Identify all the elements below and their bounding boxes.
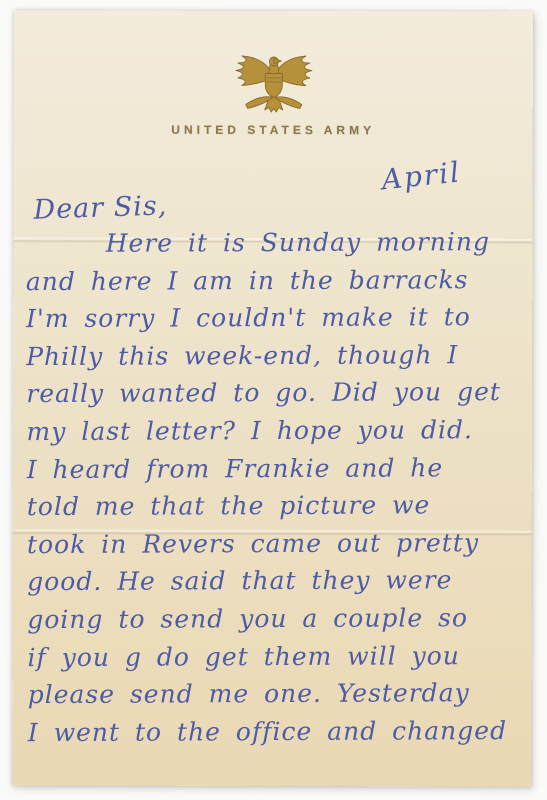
handwritten-line: really wanted to go. Did you get bbox=[26, 373, 526, 413]
letter-body: Here it is Sunday morning and here I am … bbox=[26, 223, 528, 751]
handwritten-line: good. He said that they were bbox=[27, 561, 527, 601]
letterhead-emblem bbox=[14, 50, 533, 122]
handwritten-line: I heard from Frankie and he bbox=[27, 448, 527, 488]
handwritten-line: I went to the office and changed bbox=[28, 712, 528, 752]
handwritten-line: took in Revers came out pretty bbox=[27, 524, 527, 564]
handwritten-line: my last letter? I hope you did. bbox=[26, 411, 526, 451]
handwritten-line: going to send you a couple so bbox=[27, 599, 527, 639]
letterhead-title: UNITED STATES ARMY bbox=[14, 122, 533, 137]
army-eagle-crest-icon bbox=[227, 51, 319, 117]
scan-background: UNITED STATES ARMY April Dear Sis, Here … bbox=[0, 0, 547, 800]
handwritten-line: told me that the picture we bbox=[27, 486, 527, 526]
handwritten-line: please send me one. Yesterday bbox=[28, 674, 528, 714]
handwritten-line: Philly this week-end, though I bbox=[26, 336, 526, 376]
handwritten-line: and here I am in the barracks bbox=[26, 261, 526, 301]
letter-paper: UNITED STATES ARMY April Dear Sis, Here … bbox=[12, 10, 533, 786]
handwritten-line: if you g do get them will you bbox=[27, 636, 527, 676]
handwritten-line: I'm sorry I couldn't make it to bbox=[26, 298, 526, 338]
salutation: Dear Sis, bbox=[33, 190, 168, 225]
date-line: April bbox=[380, 155, 462, 196]
handwritten-line: Here it is Sunday morning bbox=[26, 223, 526, 263]
